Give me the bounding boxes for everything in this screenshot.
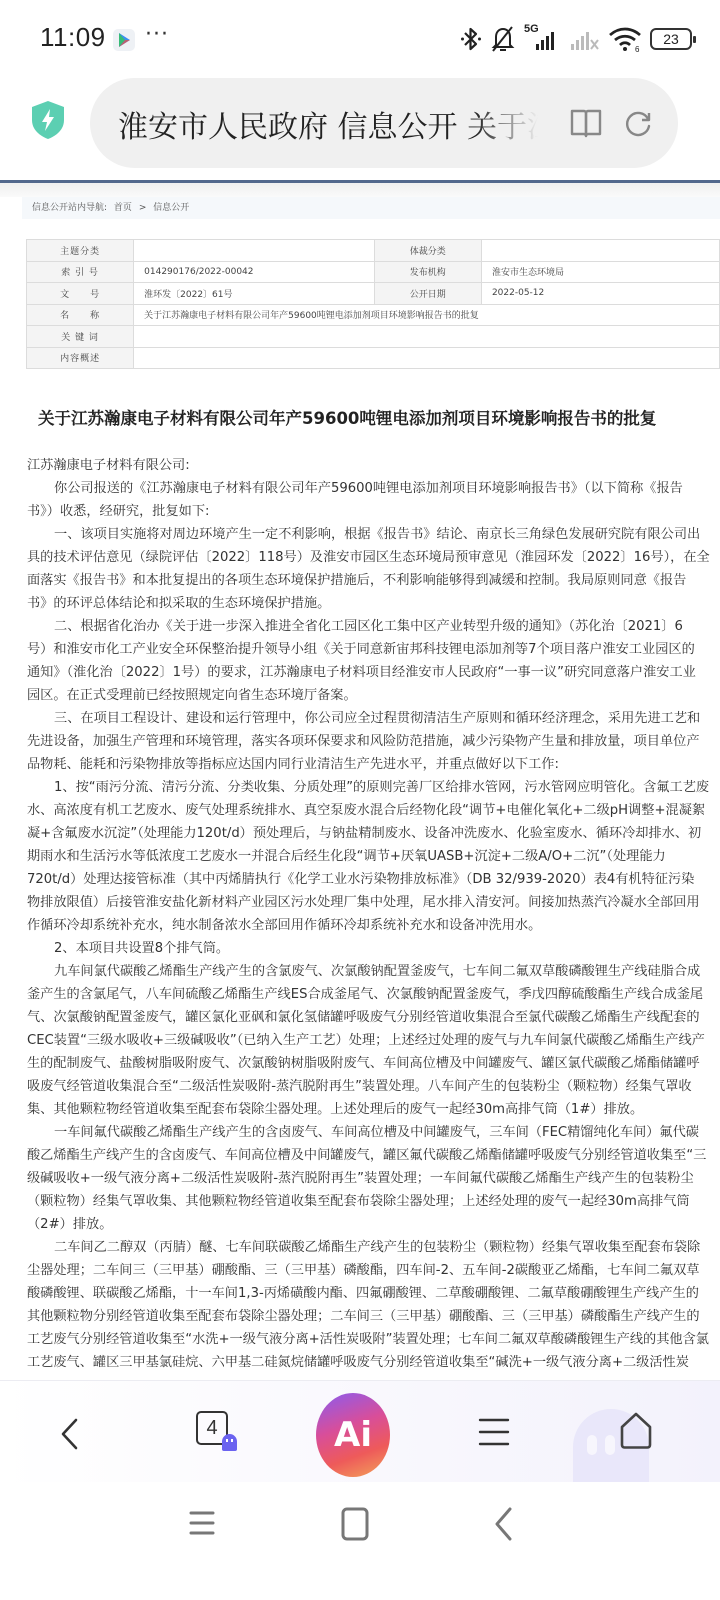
document-line: 物排放限值）后接管淮安盐化新材料产业园区污水处理厂集中处理，尾水排入清安河。间接… <box>27 891 720 914</box>
document-line: 你公司报送的《江苏瀚康电子材料有限公司年产59600吨锂电添加剂项目环境影响报告… <box>27 477 720 500</box>
meta-value: 淮环发〔2022〕61号 <box>134 283 374 305</box>
status-icons: 5G 6 23 <box>460 24 692 54</box>
back-button[interactable] <box>56 1417 84 1451</box>
incognito-ghost-icon <box>222 1434 237 1451</box>
browser-address-area: 淮安市人民政府 信息公开 关于江苏瀚康电子材料有限公司年产59600吨锂电添加剂… <box>0 78 720 178</box>
meta-row: 索 引 号 014290176/2022-00042 发布机构 淮安市生态环境局 <box>27 261 720 283</box>
meta-row: 关 键 词 <box>27 326 720 348</box>
home-button[interactable] <box>618 1411 654 1451</box>
recents-button[interactable] <box>188 1508 216 1538</box>
battery-icon: 23 <box>650 28 692 50</box>
system-home-button[interactable] <box>340 1506 370 1542</box>
breadcrumb: 信息公开站内导航: 首页 > 信息公开 <box>22 197 720 219</box>
status-time: 11:09 <box>40 22 106 53</box>
document-line: （颗粒物）经集气罩收集、其他颗粒物经管道收集至配套布袋除尘器处理；上述经处理的废… <box>27 1190 720 1213</box>
meta-label: 体裁分类 <box>374 240 481 262</box>
document-line: 工艺废气分别经管道收集至“水洗+一级气液分离+活性炭吸附”装置处理；七车间二氟双… <box>27 1328 720 1351</box>
page-title-in-address-bar[interactable]: 淮安市人民政府 信息公开 关于江苏瀚康电子材料有限公司年产59600吨锂电添加剂… <box>118 102 538 146</box>
meta-value <box>134 240 374 262</box>
breadcrumb-info-link[interactable]: 信息公开 <box>153 203 189 213</box>
meta-label: 文 号 <box>27 283 134 305</box>
wifi-icon: 6 <box>608 25 642 53</box>
breadcrumb-home-link[interactable]: 首页 <box>114 203 132 213</box>
document-line: 一、该项目实施将对周边环境产生一定不利影响，根据《报告书》结论、南京长三角绿色发… <box>27 523 720 546</box>
meta-label: 索 引 号 <box>27 261 134 283</box>
meta-label: 内容概述 <box>27 347 134 369</box>
document-line: 720t/d）处理达接管标准（其中丙烯腈执行《化学工业水污染物排放标准》（DB … <box>27 868 720 891</box>
document-line: 品物耗、能耗和污染物排放等指标应达国内同行业清洁生产先进水平，并重点做好以下工作… <box>27 753 720 776</box>
document-meta-table: 主题分类 体裁分类 索 引 号 014290176/2022-00042 发布机… <box>26 239 720 369</box>
meta-value: 2022-05-12 <box>481 283 719 305</box>
reader-mode-icon[interactable] <box>568 105 604 141</box>
meta-value <box>481 240 719 262</box>
breadcrumb-label: 信息公开站内导航: <box>32 203 107 213</box>
document-line: 生的配制废气、盐酸树脂吸附废气、次氯酸钠树脂吸附废气、车间高位槽及中间罐废气、罐… <box>27 1052 720 1075</box>
document-line: 具的技术评估意见（绿院评估〔2022〕118号）及淮安市园区生态环境局预审意见（… <box>27 546 720 569</box>
signal-sim2-icon <box>570 25 600 53</box>
meta-row: 内容概述 <box>27 347 720 369</box>
status-bar: 11:09 ··· 5G 6 23 <box>0 0 720 78</box>
document-title: 关于江苏瀚康电子材料有限公司年产59600吨锂电添加剂项目环境影响报告书的批复 <box>38 405 656 429</box>
breadcrumb-separator: > <box>139 203 147 213</box>
document-line: 酸乙烯酯生产线产生的含卤废气、车间高位槽及中间罐废气，罐区氟代碳酸乙烯酯储罐呼吸… <box>27 1144 720 1167</box>
header-band <box>0 183 720 197</box>
document-line: 期雨水和生活污水等低浓度工艺废水一并混合后经生化段“调节+厌氧UASB+沉淀+二… <box>27 845 720 868</box>
document-line: 水、高浓度有机工艺废水、废气处理系统排水、真空泵废水混合后经物化段“调节+电催化… <box>27 799 720 822</box>
ai-label: Ai <box>334 1415 372 1455</box>
reload-icon[interactable] <box>620 105 656 141</box>
notification-more-icon: ··· <box>145 22 169 47</box>
meta-value: 014290176/2022-00042 <box>134 261 374 283</box>
meta-label: 关 键 词 <box>27 326 134 348</box>
meta-row: 名 称 关于江苏瀚康电子材料有限公司年产59600吨锂电添加剂项目环境影响报告书… <box>27 304 720 326</box>
document-line: 书》的环评总体结论和拟采取的生态环境保护措施。 <box>27 592 720 615</box>
document-line: 三、在项目工程设计、建设和运行管理中，你公司应全过程贯彻清洁生产原则和循环经济理… <box>27 707 720 730</box>
document-line: 二、根据省化治办《关于进一步深入推进全省化工园区化工集中区产业转型升级的通知》（… <box>27 615 720 638</box>
document-line: 2、本项目共设置8个排气筒。 <box>27 937 720 960</box>
meta-value <box>134 347 720 369</box>
system-navigation-bar <box>0 1482 720 1600</box>
meta-row: 文 号 淮环发〔2022〕61号 公开日期 2022-05-12 <box>27 283 720 305</box>
document-line: CEC装置“三级水吸收+三级碱吸收”（已纳入生产工艺）处理；上述经过处理的废气与… <box>27 1029 720 1052</box>
document-line: 酸磷酸锂、联碳酸乙烯酯，十一车间1,3-丙烯磺酸内酯、四氟硼酸锂、二草酸硼酸锂、… <box>27 1282 720 1305</box>
document-body: 江苏瀚康电子材料有限公司:你公司报送的《江苏瀚康电子材料有限公司年产59600吨… <box>27 454 720 1374</box>
meta-value: 关于江苏瀚康电子材料有限公司年产59600吨锂电添加剂项目环境影响报告书的批复 <box>134 304 720 326</box>
document-line: 江苏瀚康电子材料有限公司: <box>27 454 720 477</box>
svg-text:6: 6 <box>635 45 640 53</box>
meta-row: 主题分类 体裁分类 <box>27 240 720 262</box>
document-line: 尘器处理；二车间三（三甲基）硼酸酯、三（三甲基）磷酸酯，四车间-2、五车间-2碳… <box>27 1259 720 1282</box>
document-line: （2#）排放。 <box>27 1213 720 1236</box>
document-line: 先进设备，加强生产管理和环境管理，落实各项环保要求和风险防范措施，减少污染物产生… <box>27 730 720 753</box>
document-line: 气、次氯酸钠配置釜废气，罐区氯化亚砜和氯化氢储罐呼吸废气分别经管道收集混合至氯代… <box>27 1006 720 1029</box>
meta-label: 公开日期 <box>374 283 481 305</box>
document-line: 二车间乙二醇双（丙腈）醚、七车间联碳酸乙烯酯生产线产生的包装粉尘（颗粒物）经集气… <box>27 1236 720 1259</box>
signal-5g-icon: 5G <box>524 25 562 53</box>
document-line: 凝+含氟废水沉淀”（处理能力120t/d）预处理后，与钠盐精制废水、设备冲洗废水… <box>27 822 720 845</box>
meta-label: 名 称 <box>27 304 134 326</box>
web-page: 信息公开站内导航: 首页 > 信息公开 主题分类 体裁分类 索 引 号 0142… <box>0 180 720 1380</box>
document-line: 园区。在正式受理前已经按照规定向省生态环境厅备案。 <box>27 684 720 707</box>
bluetooth-icon <box>460 25 482 53</box>
document-line: 通知》（淮化治〔2022〕1号）的要求，江苏瀚康电子材料项目经淮安市人民政府“一… <box>27 661 720 684</box>
document-line: 1、按“雨污分流、清污分流、分类收集、分质处理”的原则完善厂区给排水管网，污水管… <box>27 776 720 799</box>
meta-value <box>134 326 720 348</box>
system-back-button[interactable] <box>492 1506 516 1542</box>
bell-muted-icon <box>490 25 516 53</box>
menu-button[interactable] <box>478 1417 510 1447</box>
document-line: 吸废气经管道收集混合至“二级活性炭吸附-蒸汽脱附再生”装置处理。八车间产生的包装… <box>27 1075 720 1098</box>
document-line: 一车间氟代碳酸乙烯酯生产线产生的含卤废气、车间高位槽及中间罐废气，三车间（FEC… <box>27 1121 720 1144</box>
browser-toolbar: 4 Ai <box>0 1380 720 1482</box>
play-store-icon <box>113 29 135 51</box>
security-shield-icon[interactable] <box>30 100 66 140</box>
address-bar[interactable]: 淮安市人民政府 信息公开 关于江苏瀚康电子材料有限公司年产59600吨锂电添加剂… <box>90 78 678 168</box>
meta-label: 发布机构 <box>374 261 481 283</box>
document-line: 其他颗粒物分别经管道收集至配套布袋除尘器处理；二车间三（三甲基）硼酸酯、三（三甲… <box>27 1305 720 1328</box>
document-line: 书》）收悉，经研究，批复如下: <box>27 500 720 523</box>
document-line: 工艺废气、罐区三甲基氯硅烷、六甲基二硅氮烷储罐呼吸废气分别经管道收集至“碱洗+一… <box>27 1351 720 1374</box>
document-line: 面落实《报告书》和本批复提出的各项生态环境保护措施后，不利影响能够得到减缓和控制… <box>27 569 720 592</box>
document-line: 级碱吸收+一级气液分离+二级活性炭吸附-蒸汽脱附再生”装置处理；一车间氟代碳酸乙… <box>27 1167 720 1190</box>
document-line: 集、其他颗粒物经管道收集至配套布袋除尘器处理。上述处理后的废气一起经30m高排气… <box>27 1098 720 1121</box>
document-line: 作循环冷却系统补充水，纯水制备浓水全部回用作循环冷却系统补充水和设备冲洗用水。 <box>27 914 720 937</box>
document-line: 号）和淮安市化工产业安全环保整治提升领导小组《关于同意新宙邦科技锂电添加剂等7个… <box>27 638 720 661</box>
meta-label: 主题分类 <box>27 240 134 262</box>
meta-value: 淮安市生态环境局 <box>481 261 719 283</box>
ai-assistant-button[interactable]: Ai <box>316 1393 390 1477</box>
document-line: 九车间氯代碳酸乙烯酯生产线产生的含氯废气、次氯酸钠配置釜废气，七车间二氟双草酸磷… <box>27 960 720 983</box>
document-line: 釜产生的含氯尾气，八车间硫酸乙烯酯生产线ES合成釜尾气、次氯酸钠配置釜废气，季戊… <box>27 983 720 1006</box>
